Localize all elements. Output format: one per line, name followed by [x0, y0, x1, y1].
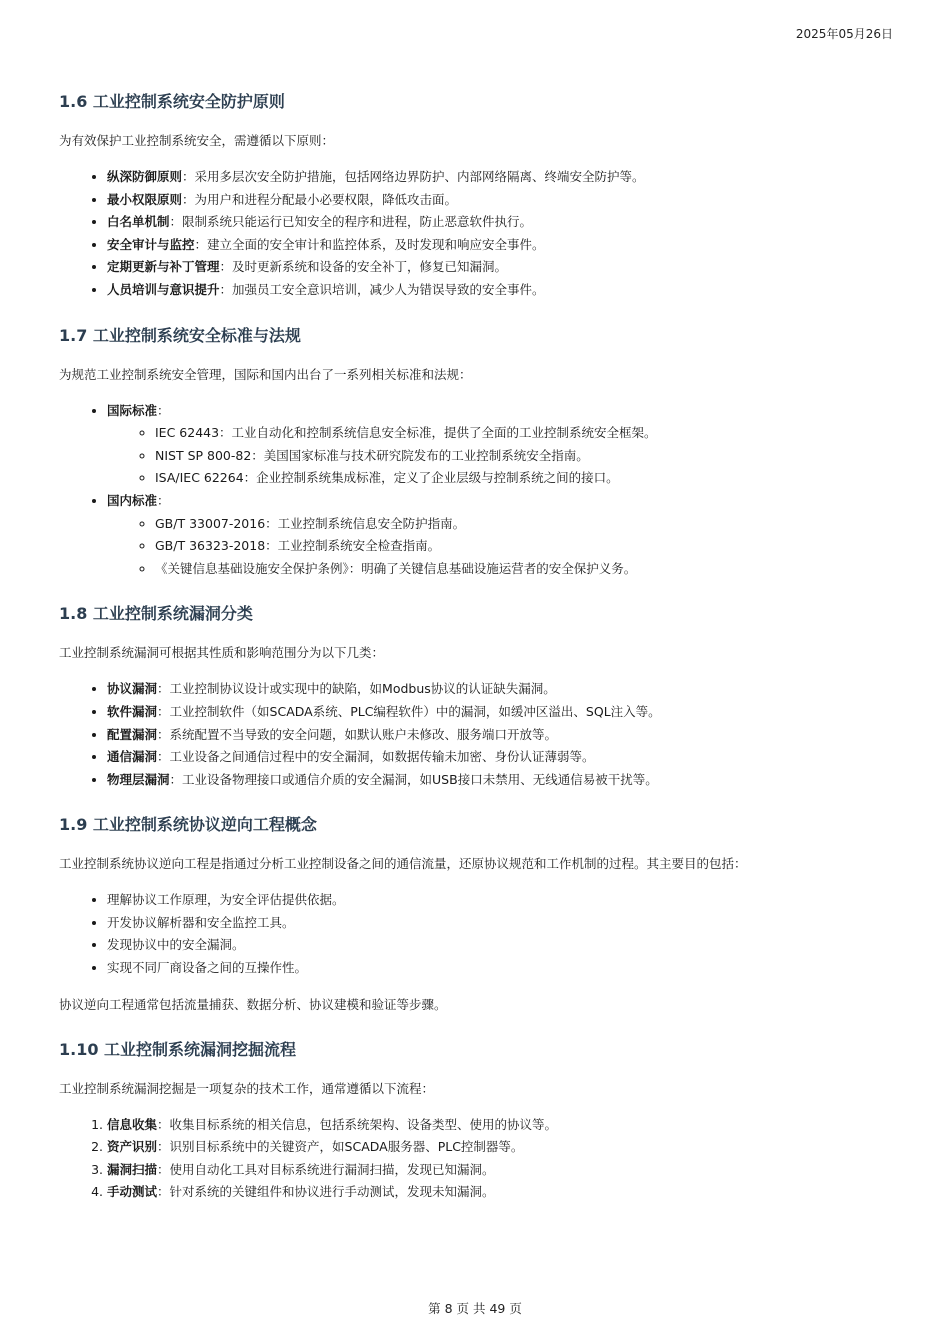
item-separator: ： — [182, 192, 195, 207]
reverse-engineering-goals-list: 理解协议工作原理，为安全评估提供依据。 开发协议解析器和安全监控工具。 发现协议… — [59, 889, 899, 979]
list-item: 白名单机制：限制系统只能运行已知安全的程序和进程，防止恶意软件执行。 — [107, 211, 899, 234]
item-term: 最小权限原则 — [107, 192, 182, 207]
principles-list: 纵深防御原则：采用多层次安全防护措施，包括网络边界防护、内部网络隔离、终端安全防… — [59, 166, 899, 302]
list-item: 发现协议中的安全漏洞。 — [107, 934, 899, 957]
section-intro: 工业控制系统漏洞可根据其性质和影响范围分为以下几类： — [59, 642, 899, 664]
section-1-9: 1.9 工业控制系统协议逆向工程概念 工业控制系统协议逆向工程是指通过分析工业控… — [59, 811, 899, 1015]
item-term: 定期更新与补丁管理 — [107, 259, 220, 274]
step-item: 资产识别：识别目标系统中的关键资产，如SCADA服务器、PLC控制器等。 — [107, 1136, 899, 1159]
standards-list: 国际标准： IEC 62443：工业自动化和控制系统信息安全标准，提供了全面的工… — [59, 400, 899, 581]
item-separator: ： — [195, 237, 208, 252]
list-item: 最小权限原则：为用户和进程分配最小必要权限，降低攻击面。 — [107, 189, 899, 212]
section-1-8: 1.8 工业控制系统漏洞分类 工业控制系统漏洞可根据其性质和影响范围分为以下几类… — [59, 600, 899, 791]
item-text: 收集目标系统的相关信息，包括系统架构、设备类型、使用的协议等。 — [170, 1117, 558, 1132]
document-date: 2025年05月26日 — [796, 25, 893, 42]
sublist-item: NIST SP 800-82：美国国家标准与技术研究院发布的工业控制系统安全指南… — [155, 445, 899, 468]
step-item: 漏洞扫描：使用自动化工具对目标系统进行漏洞扫描，发现已知漏洞。 — [107, 1159, 899, 1182]
item-separator: ： — [157, 1139, 170, 1154]
item-term: 手动测试 — [107, 1184, 157, 1199]
section-intro: 为有效保护工业控制系统安全，需遵循以下原则： — [59, 130, 899, 152]
item-text: 工业控制协议设计或实现中的缺陷，如Modbus协议的认证缺失漏洞。 — [170, 681, 556, 696]
list-item: 人员培训与意识提升：加强员工安全意识培训，减少人为错误导致的安全事件。 — [107, 279, 899, 302]
sublist-item: GB/T 33007-2016：工业控制系统信息安全防护指南。 — [155, 513, 899, 536]
item-text: 采用多层次安全防护措施，包括网络边界防护、内部网络隔离、终端安全防护等。 — [195, 169, 645, 184]
vulnerability-types-list: 协议漏洞：工业控制协议设计或实现中的缺陷，如Modbus协议的认证缺失漏洞。 软… — [59, 678, 899, 791]
section-title: 1.6 工业控制系统安全防护原则 — [59, 88, 899, 116]
item-separator: ： — [157, 1184, 170, 1199]
list-item: 物理层漏洞：工业设备物理接口或通信介质的安全漏洞，如USB接口未禁用、无线通信易… — [107, 769, 899, 792]
sublist-item: 《关键信息基础设施安全保护条例》：明确了关键信息基础设施运营者的安全保护义务。 — [155, 558, 899, 581]
item-text: 限制系统只能运行已知安全的程序和进程，防止恶意软件执行。 — [182, 214, 532, 229]
item-separator: ： — [157, 727, 170, 742]
section-outro: 协议逆向工程通常包括流量捕获、数据分析、协议建模和验证等步骤。 — [59, 994, 899, 1016]
group-term: 国内标准 — [107, 493, 157, 508]
section-1-10: 1.10 工业控制系统漏洞挖掘流程 工业控制系统漏洞挖掘是一项复杂的技术工作，通… — [59, 1036, 899, 1204]
item-text: 系统配置不当导致的安全问题，如默认账户未修改、服务端口开放等。 — [170, 727, 558, 742]
item-text: 及时更新系统和设备的安全补丁，修复已知漏洞。 — [232, 259, 507, 274]
item-text: 建立全面的安全审计和监控体系，及时发现和响应安全事件。 — [207, 237, 545, 252]
item-separator: ： — [157, 1162, 170, 1177]
section-intro: 工业控制系统漏洞挖掘是一项复杂的技术工作，通常遵循以下流程： — [59, 1078, 899, 1100]
item-separator: ： — [157, 749, 170, 764]
item-text: 工业控制软件（如SCADA系统、PLC编程软件）中的漏洞，如缓冲区溢出、SQL注… — [170, 704, 661, 719]
list-item: 协议漏洞：工业控制协议设计或实现中的缺陷，如Modbus协议的认证缺失漏洞。 — [107, 678, 899, 701]
group-term: 国际标准 — [107, 403, 157, 418]
international-standards-sublist: IEC 62443：工业自动化和控制系统信息安全标准，提供了全面的工业控制系统安… — [107, 422, 899, 490]
item-text: 工业设备之间通信过程中的安全漏洞，如数据传输未加密、身份认证薄弱等。 — [170, 749, 595, 764]
list-item: 理解协议工作原理，为安全评估提供依据。 — [107, 889, 899, 912]
section-title: 1.7 工业控制系统安全标准与法规 — [59, 322, 899, 350]
list-item: 纵深防御原则：采用多层次安全防护措施，包括网络边界防护、内部网络隔离、终端安全防… — [107, 166, 899, 189]
section-1-6: 1.6 工业控制系统安全防护原则 为有效保护工业控制系统安全，需遵循以下原则： … — [59, 88, 899, 302]
list-item: 配置漏洞：系统配置不当导致的安全问题，如默认账户未修改、服务端口开放等。 — [107, 724, 899, 747]
step-item: 手动测试：针对系统的关键组件和协议进行手动测试，发现未知漏洞。 — [107, 1181, 899, 1204]
section-title: 1.8 工业控制系统漏洞分类 — [59, 600, 899, 628]
item-term: 通信漏洞 — [107, 749, 157, 764]
page-number: 第 8 页 共 49 页 — [0, 1299, 950, 1317]
domestic-standards-sublist: GB/T 33007-2016：工业控制系统信息安全防护指南。 GB/T 363… — [107, 513, 899, 581]
item-term: 漏洞扫描 — [107, 1162, 157, 1177]
item-separator: ： — [157, 493, 170, 508]
list-item: 实现不同厂商设备之间的互操作性。 — [107, 957, 899, 980]
section-title: 1.9 工业控制系统协议逆向工程概念 — [59, 811, 899, 839]
item-term: 协议漏洞 — [107, 681, 157, 696]
item-term: 白名单机制 — [107, 214, 170, 229]
item-text: 针对系统的关键组件和协议进行手动测试，发现未知漏洞。 — [170, 1184, 495, 1199]
item-term: 软件漏洞 — [107, 704, 157, 719]
list-item: 软件漏洞：工业控制软件（如SCADA系统、PLC编程软件）中的漏洞，如缓冲区溢出… — [107, 701, 899, 724]
document-body: 1.6 工业控制系统安全防护原则 为有效保护工业控制系统安全，需遵循以下原则： … — [59, 88, 899, 1224]
vulnerability-mining-steps-list: 信息收集：收集目标系统的相关信息，包括系统架构、设备类型、使用的协议等。 资产识… — [59, 1114, 899, 1204]
item-separator: ： — [157, 1117, 170, 1132]
item-term: 信息收集 — [107, 1117, 157, 1132]
item-separator: ： — [157, 403, 170, 418]
item-separator: ： — [157, 704, 170, 719]
item-text: 工业设备物理接口或通信介质的安全漏洞，如USB接口未禁用、无线通信易被干扰等。 — [182, 772, 658, 787]
section-1-7: 1.7 工业控制系统安全标准与法规 为规范工业控制系统安全管理，国际和国内出台了… — [59, 322, 899, 581]
item-term: 安全审计与监控 — [107, 237, 195, 252]
item-text: 加强员工安全意识培训，减少人为错误导致的安全事件。 — [232, 282, 545, 297]
list-item: 安全审计与监控：建立全面的安全审计和监控体系，及时发现和响应安全事件。 — [107, 234, 899, 257]
sublist-item: IEC 62443：工业自动化和控制系统信息安全标准，提供了全面的工业控制系统安… — [155, 422, 899, 445]
list-item: 通信漏洞：工业设备之间通信过程中的安全漏洞，如数据传输未加密、身份认证薄弱等。 — [107, 746, 899, 769]
item-term: 资产识别 — [107, 1139, 157, 1154]
item-separator: ： — [157, 681, 170, 696]
list-item-international: 国际标准： IEC 62443：工业自动化和控制系统信息安全标准，提供了全面的工… — [107, 400, 899, 490]
section-intro: 为规范工业控制系统安全管理，国际和国内出台了一系列相关标准和法规： — [59, 364, 899, 386]
section-intro: 工业控制系统协议逆向工程是指通过分析工业控制设备之间的通信流量，还原协议规范和工… — [59, 853, 899, 875]
step-item: 信息收集：收集目标系统的相关信息，包括系统架构、设备类型、使用的协议等。 — [107, 1114, 899, 1137]
item-text: 识别目标系统中的关键资产，如SCADA服务器、PLC控制器等。 — [170, 1139, 524, 1154]
sublist-item: ISA/IEC 62264：企业控制系统集成标准，定义了企业层级与控制系统之间的… — [155, 467, 899, 490]
list-item: 开发协议解析器和安全监控工具。 — [107, 912, 899, 935]
item-text: 使用自动化工具对目标系统进行漏洞扫描，发现已知漏洞。 — [170, 1162, 495, 1177]
item-separator: ： — [182, 169, 195, 184]
list-item-domestic: 国内标准： GB/T 33007-2016：工业控制系统信息安全防护指南。 GB… — [107, 490, 899, 580]
sublist-item: GB/T 36323-2018：工业控制系统安全检查指南。 — [155, 535, 899, 558]
item-separator: ： — [220, 282, 233, 297]
item-term: 物理层漏洞 — [107, 772, 170, 787]
item-separator: ： — [220, 259, 233, 274]
item-term: 配置漏洞 — [107, 727, 157, 742]
section-title: 1.10 工业控制系统漏洞挖掘流程 — [59, 1036, 899, 1064]
item-separator: ： — [170, 214, 183, 229]
item-text: 为用户和进程分配最小必要权限，降低攻击面。 — [195, 192, 458, 207]
item-term: 纵深防御原则 — [107, 169, 182, 184]
list-item: 定期更新与补丁管理：及时更新系统和设备的安全补丁，修复已知漏洞。 — [107, 256, 899, 279]
item-term: 人员培训与意识提升 — [107, 282, 220, 297]
item-separator: ： — [170, 772, 183, 787]
